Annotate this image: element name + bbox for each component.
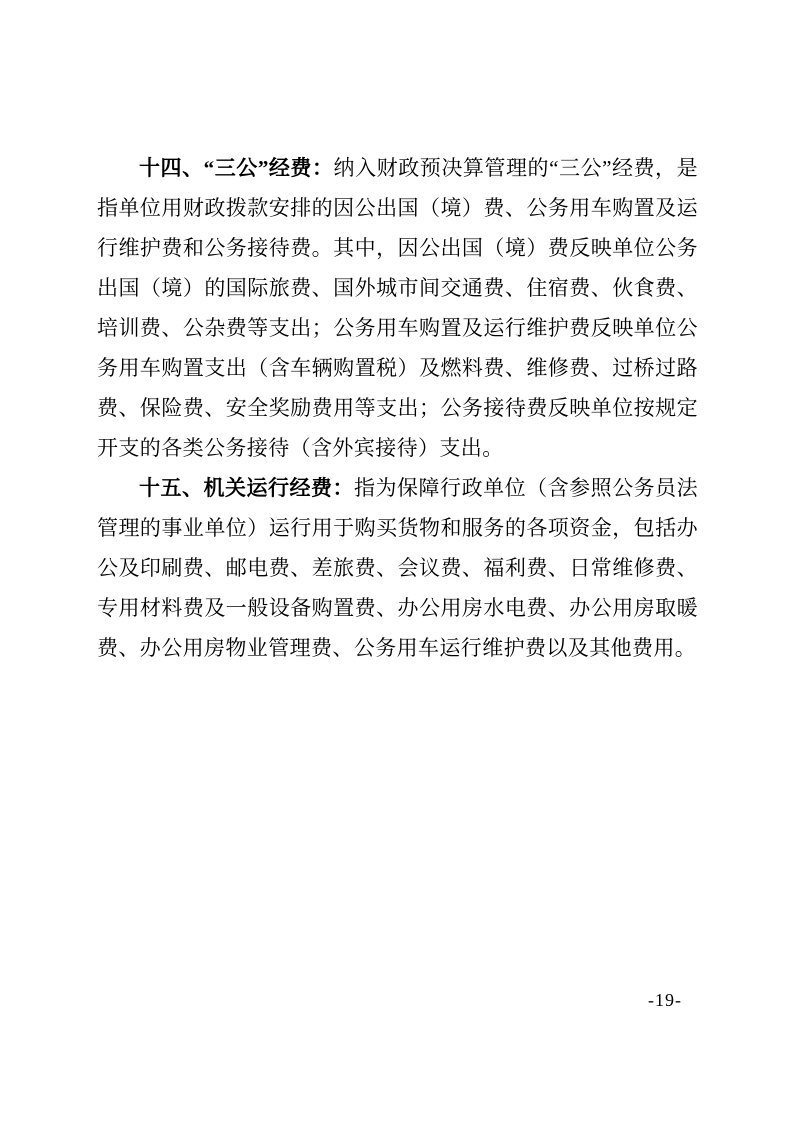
document-body: 十四、“三公”经费：纳入财政预决算管理的“三公”经费，是指单位用财政拨款安排的因…: [97, 148, 698, 668]
paragraph-item-15: 十五、机关运行经费：指为保障行政单位（含参照公务员法管理的事业单位）运行用于购买…: [97, 468, 698, 668]
paragraph-item-14: 十四、“三公”经费：纳入财政预决算管理的“三公”经费，是指单位用财政拨款安排的因…: [97, 148, 698, 468]
paragraph-item-15-heading: 十五、机关运行经费：: [139, 476, 354, 500]
paragraph-item-15-text: 指为保障行政单位（含参照公务员法管理的事业单位）运行用于购买货物和服务的各项资金…: [97, 476, 698, 660]
paragraph-item-14-text: 纳入财政预决算管理的“三公”经费，是指单位用财政拨款安排的因公出国（境）费、公务…: [97, 156, 698, 460]
document-page: 十四、“三公”经费：纳入财政预决算管理的“三公”经费，是指单位用财政拨款安排的因…: [0, 0, 793, 1122]
page-number: -19-: [648, 990, 682, 1011]
paragraph-item-14-heading: 十四、“三公”经费：: [139, 156, 334, 180]
